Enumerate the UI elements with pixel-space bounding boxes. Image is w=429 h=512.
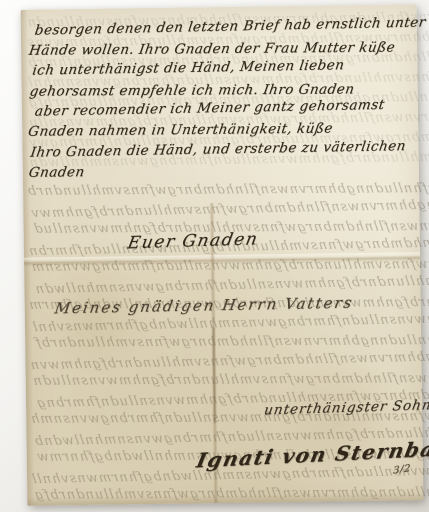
handwriting-line: besorgen denen den letzten Brief hab ern…	[34, 14, 427, 38]
scanned-letter-photo: mnuwvrnsfhnlludnngbhmrvnwsnfllnhdmbnrgwf…	[0, 0, 429, 512]
bleedthrough-row: mnuwvrnsfhnlludnngbhmrvnwsnfllnhdmbnrgwf…	[26, 181, 429, 199]
handwriting-line: aber recomendier ich Meiner gantz gehors…	[34, 97, 386, 120]
salutation-line: Euer Gnaden	[126, 229, 260, 253]
bleedthrough-row: uwvrnsfhnlludnngbhmrvnwsnfllnhdmbnrgwfnn…	[33, 485, 429, 503]
letter-page: mnuwvrnsfhnlludnngbhmrvnwsnfllnhdmbnrgwf…	[21, 4, 424, 505]
horizontal-fold-crease	[24, 252, 420, 267]
page-number-mark: 3/2	[393, 463, 411, 477]
handwriting-line: Ihro Gnaden die Händ, und ersterbe zu vä…	[29, 138, 407, 161]
handwriting-line: Gnaden	[28, 164, 86, 181]
handwriting-line: Gnaden nahmen in Unterthänigkeit, küße	[27, 120, 334, 139]
ink-bleedthrough-texture: mnuwvrnsfhnlludnngbhmrvnwsnfllnhdmbnrgwf…	[21, 4, 417, 10]
handwriting-line: ich unterthänigst die Händ, Meinen liebe…	[31, 57, 345, 78]
paper-stain	[34, 258, 156, 380]
bleedthrough-row: sfhnlludnngbhmrvnwsnfllnhdmbnrgwfnnsvmhl…	[29, 196, 429, 221]
handwriting-line: Hände wollen. Ihro Gnaden der Frau Mutte…	[28, 39, 396, 58]
handwriting-line: gehorsamst empfehle ich mich. Ihro Gnade…	[28, 81, 355, 99]
